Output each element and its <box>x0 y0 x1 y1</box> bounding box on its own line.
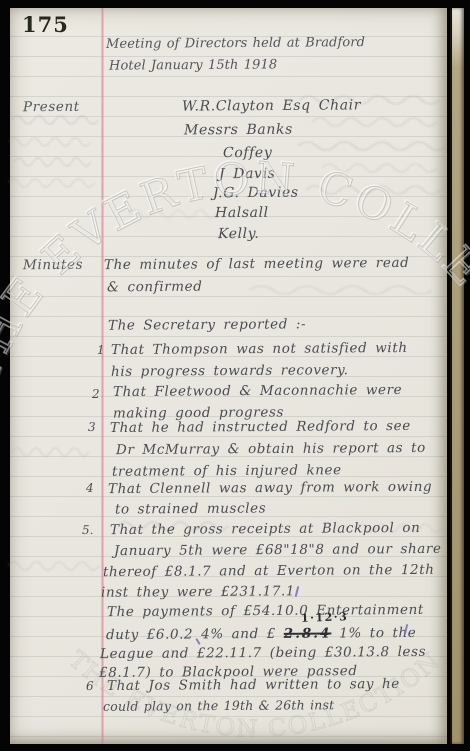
margin-label-minutes: Minutes <box>23 257 83 273</box>
item-number: 5. <box>82 523 94 537</box>
item-number: 4 <box>86 481 94 495</box>
minutes-line: The minutes of last meeting were read <box>104 255 409 273</box>
red-margin-line <box>101 8 104 744</box>
minute-line: The payments of £54.10.0 Entertainment <box>107 602 424 620</box>
pencil-correction: 1·12·3 <box>301 610 349 625</box>
scanned-minute-book-page: 175 Meeting of Directors held at Bradfor… <box>0 0 470 751</box>
margin-label-present: Present <box>23 99 80 115</box>
item-number: 6 <box>86 679 94 693</box>
item-number: 1 <box>97 343 105 357</box>
minute-line-payments: duty £6.0.2 4% and £ 2.8.4 1% to the <box>106 625 416 643</box>
minute-line: his progress towards recovery. <box>111 362 349 380</box>
item-number: 3 <box>88 420 96 434</box>
strikethrough-amount: 2.8.4 <box>284 626 332 642</box>
attendee-messrs-line: Messrs Banks <box>184 122 293 139</box>
minute-line: could play on the 19th & 26th inst <box>103 697 334 714</box>
minute-line: Dr McMurray & obtain his report as to <box>116 440 426 458</box>
minute-line: That Thompson was not satisfied with <box>111 340 408 358</box>
attendee-name: J Davis <box>219 166 276 182</box>
minutes-line: & confirmed <box>107 279 203 296</box>
minute-line: That Fleetwood & Maconnachie were <box>113 382 402 400</box>
item-number: 2 <box>92 387 100 401</box>
attendee-chair-line: W.R.Clayton Esq Chair <box>182 97 361 114</box>
secretary-report-heading: The Secretary reported :- <box>108 316 306 333</box>
attendee-name: Kelly. <box>218 226 260 242</box>
minute-line: January 5th were £68"18"8 and our share <box>114 541 442 559</box>
attendee-name: J.G. Davies <box>213 185 299 202</box>
meeting-heading-line2: Hotel January 15th 1918 <box>109 57 277 73</box>
minute-line: to strained muscles <box>115 500 266 517</box>
book-page-edge <box>450 8 464 744</box>
minute-line: thereof £8.1.7 and at Everton on the 12t… <box>103 562 435 580</box>
page-number: 175 <box>22 12 69 37</box>
attendee-name: Coffey <box>223 145 272 161</box>
attendee-name: Halsall <box>215 205 269 221</box>
minute-line: League and £22.11.7 (being £30.13.8 less <box>100 644 426 662</box>
minute-line: treatment of his injured knee <box>112 462 342 480</box>
minute-line: inst they were £231.17.1 <box>101 583 295 600</box>
minute-line: That he had instructed Redford to see <box>110 418 411 436</box>
minute-line: That Clennell was away from work owing <box>108 479 432 497</box>
payment-text-pre: duty £6.0.2 4% and £ <box>106 626 284 643</box>
minute-line: That Jos Smith had written to say he <box>107 676 400 694</box>
meeting-heading-line1: Meeting of Directors held at Bradford <box>106 35 365 52</box>
minute-line: That the gross receipts at Blackpool on <box>110 520 420 538</box>
